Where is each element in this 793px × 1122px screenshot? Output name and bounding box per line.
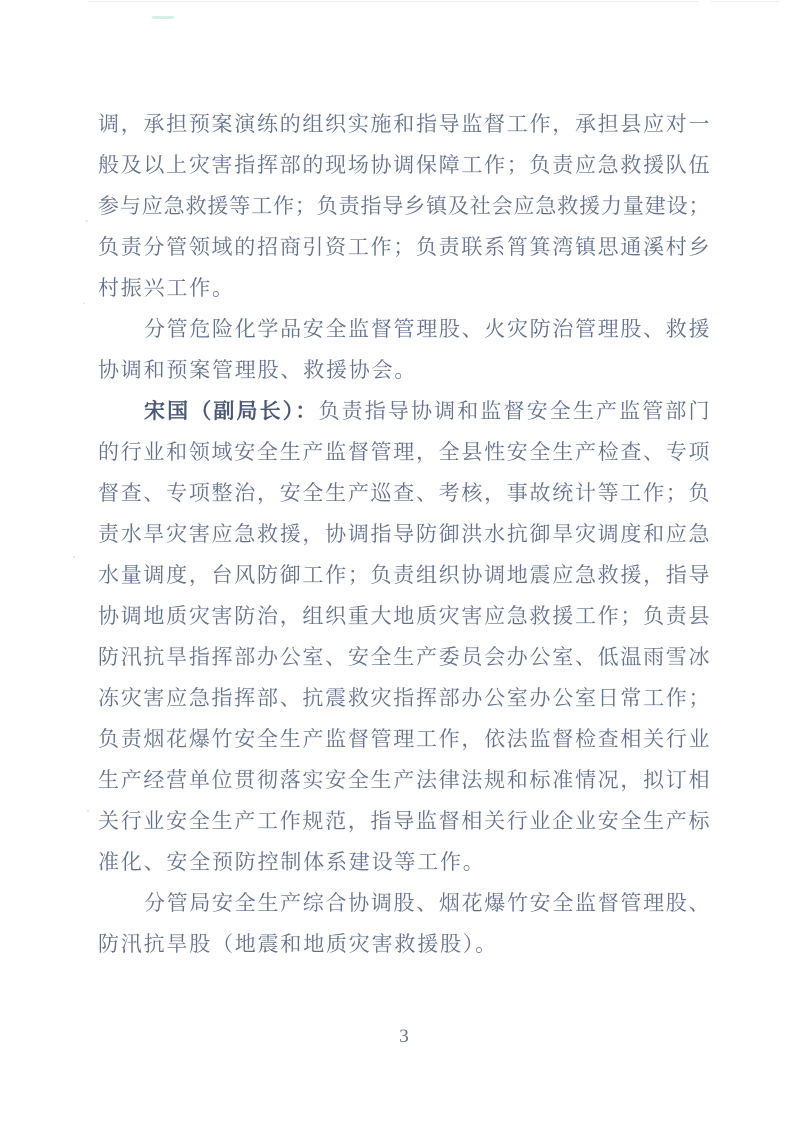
text-line: 参与应急救援等工作；负责指导乡镇及社会应急救援力量建设； [98, 186, 710, 227]
text-line: 的行业和领域安全生产监督管理，全县性安全生产检查、专项 [98, 432, 710, 473]
text-line: 关行业安全生产工作规范，指导监督相关行业企业安全生产标 [98, 801, 710, 842]
paragraph-songguo-duties: 宋国（副局长）：负责指导协调和监督安全生产监管部门 的行业和领域安全生产监督管理… [98, 391, 710, 883]
paragraph-continuation: 调，承担预案演练的组织实施和指导监督工作，承担县应对一 般及以上灾害指挥部的现场… [98, 104, 710, 309]
text-line: 分管局安全生产综合协调股、烟花爆竹安全监督管理股、 [98, 883, 710, 924]
text-line: 宋国（副局长）：负责指导协调和监督安全生产监管部门 [98, 391, 710, 432]
text-line: 生产经营单位贯彻落实安全生产法律法规和标准情况，拟订相 [98, 760, 710, 801]
scan-edge-line [88, 1, 698, 2]
paragraph-fenguan-2: 分管局安全生产综合协调股、烟花爆竹安全监督管理股、 防汛抗旱股（地震和地质灾害救… [98, 883, 710, 965]
text-line: 防汛抗旱指挥部办公室、安全生产委员会办公室、低温雨雪冰 [98, 637, 710, 678]
official-name-title: 宋国（副局长）： [144, 399, 319, 423]
scan-speck [87, 810, 89, 812]
text-line: 负责烟花爆竹安全生产监督管理工作，依法监督检查相关行业 [98, 719, 710, 760]
text-line-rest: 负责指导协调和监督安全生产监管部门 [319, 399, 711, 423]
text-line: 协调地质灾害防治，组织重大地质灾害应急救援工作；负责县 [98, 596, 710, 637]
text-line: 村振兴工作。 [98, 268, 710, 309]
text-line: 准化、安全预防控制体系建设等工作。 [98, 842, 710, 883]
text-line: 冻灾害应急指挥部、抗震救灾指挥部办公室办公室日常工作； [98, 678, 710, 719]
scan-speck [73, 556, 75, 558]
scan-edge-line [710, 1, 780, 2]
document-text-block: 调，承担预案演练的组织实施和指导监督工作，承担县应对一 般及以上灾害指挥部的现场… [98, 104, 710, 965]
paragraph-fenguan-1: 分管危险化学品安全监督管理股、火灾防治管理股、救援 协调和预案管理股、救援协会。 [98, 309, 710, 391]
scan-speck [83, 302, 85, 304]
text-line: 防汛抗旱股（地震和地质灾害救援股）。 [98, 924, 710, 965]
scan-highlighter-artifact [152, 16, 174, 19]
text-line: 协调和预案管理股、救援协会。 [98, 350, 710, 391]
text-line: 调，承担预案演练的组织实施和指导监督工作，承担县应对一 [98, 104, 710, 145]
text-line: 督查、专项整治，安全生产巡查、考核，事故统计等工作；负 [98, 473, 710, 514]
text-line: 般及以上灾害指挥部的现场协调保障工作；负责应急救援队伍 [98, 145, 710, 186]
text-line: 负责分管领域的招商引资工作；负责联系筲箕湾镇思通溪村乡 [98, 227, 710, 268]
page-number: 3 [98, 1024, 710, 1050]
text-line: 责水旱灾害应急救援，协调指导防御洪水抗御旱灾调度和应急 [98, 514, 710, 555]
text-line: 水量调度，台风防御工作；负责组织协调地震应急救援，指导 [98, 555, 710, 596]
text-line: 分管危险化学品安全监督管理股、火灾防治管理股、救援 [98, 309, 710, 350]
document-page: { "colors": { "text": "#64718c", "bold":… [0, 0, 793, 1122]
scan-speck [85, 220, 88, 222]
